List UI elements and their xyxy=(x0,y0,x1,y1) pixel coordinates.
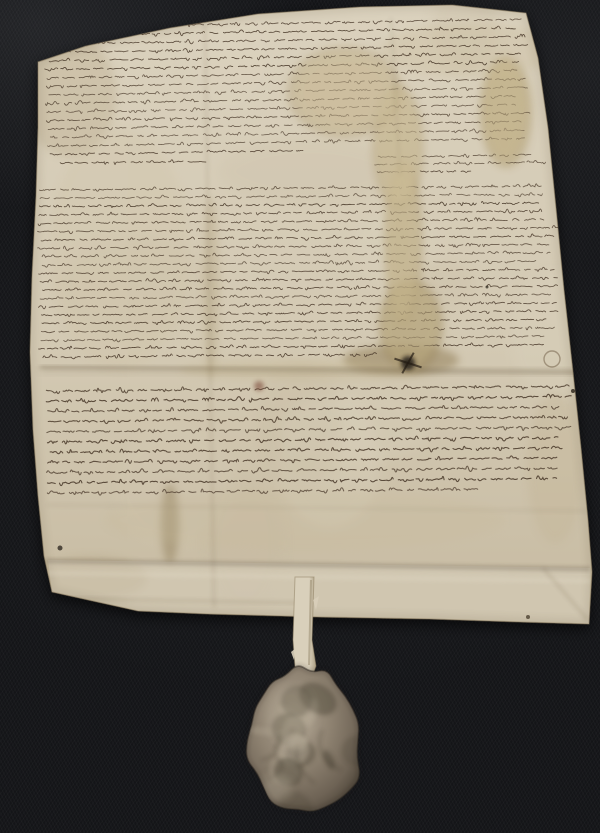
charter-photograph xyxy=(0,0,600,833)
charter-scene xyxy=(0,0,600,833)
wax-seal-icon xyxy=(246,666,377,831)
